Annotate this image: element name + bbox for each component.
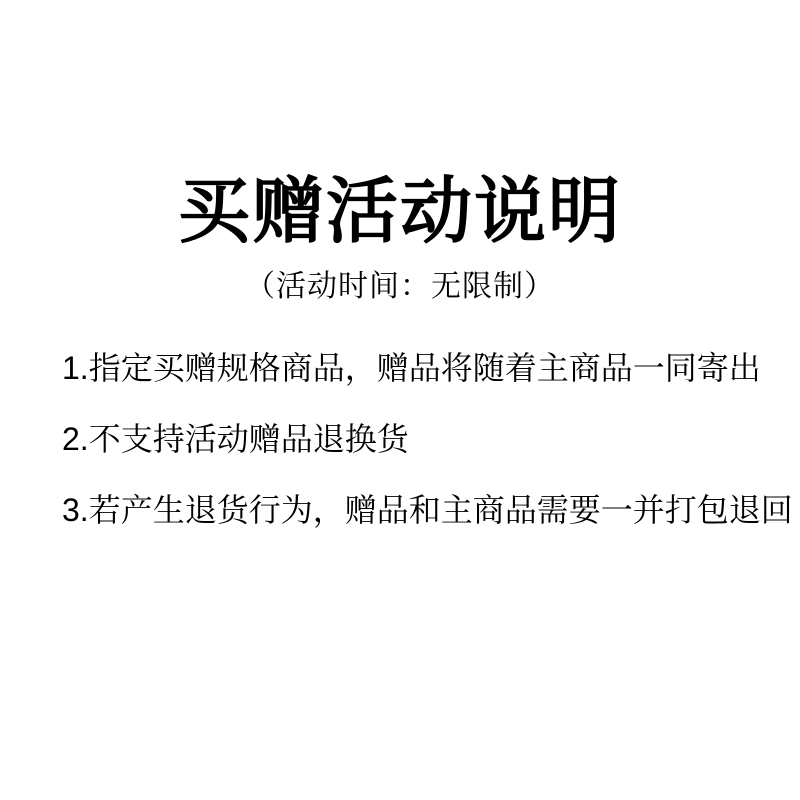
gift-activity-notice-page: 买赠活动说明 （活动时间：无限制） 1.指定买赠规格商品，赠品将随着主商品一同寄…	[0, 0, 800, 800]
page-subtitle: （活动时间：无限制）	[0, 272, 800, 302]
rule-item-3: 3.若产生退货行为，赠品和主商品需要一并打包退回	[62, 494, 760, 526]
rule-item-2: 2.不支持活动赠品退换货	[62, 423, 760, 455]
page-title: 买赠活动说明	[0, 176, 800, 248]
rules-list: 1.指定买赠规格商品，赠品将随着主商品一同寄出 2.不支持活动赠品退换货 3.若…	[62, 352, 760, 526]
rule-item-1: 1.指定买赠规格商品，赠品将随着主商品一同寄出	[62, 352, 760, 384]
notice-header: 买赠活动说明 （活动时间：无限制）	[0, 176, 800, 302]
